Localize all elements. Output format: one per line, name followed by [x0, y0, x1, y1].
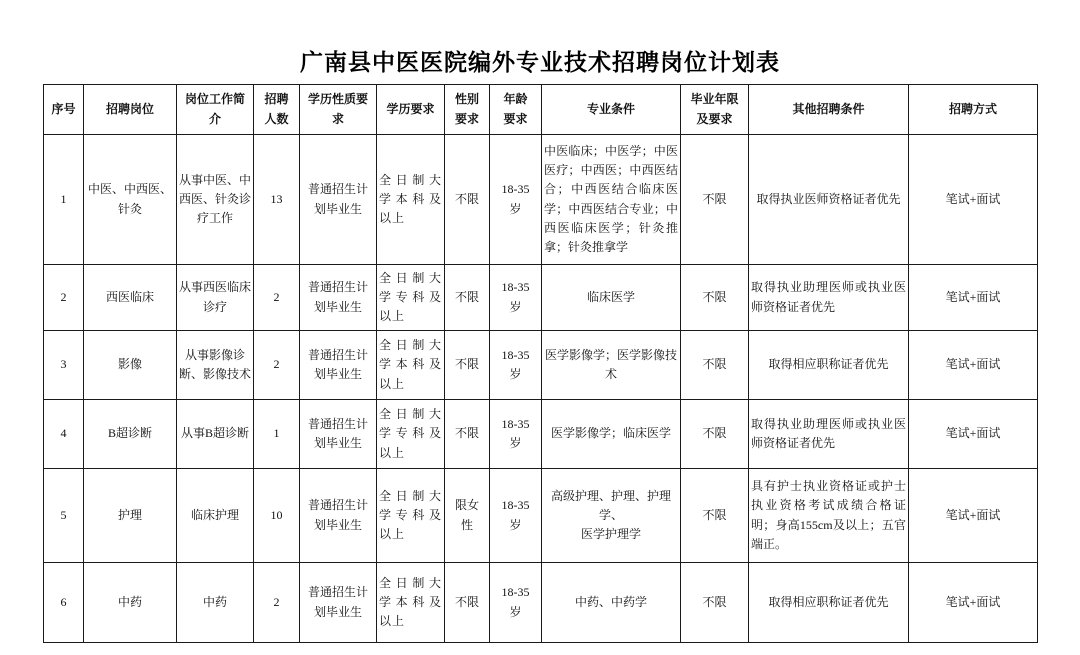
- col-header-no: 序号: [44, 85, 84, 135]
- table-row: 1 中医、中西医、针灸 从事中医、中西医、针灸诊疗工作 13 普通招生计 划毕业…: [44, 135, 1038, 265]
- cell-duty: 从事中医、中西医、针灸诊疗工作: [177, 135, 254, 265]
- recruitment-plan-table: 序号 招聘岗位 岗位工作简 介 招聘 人数 学历性质要 求 学历要求 性别 要求…: [43, 84, 1038, 643]
- cell-other-cond: 取得执业医师资格证者优先: [749, 135, 909, 265]
- cell-edu-nature: 普通招生计 划毕业生: [300, 400, 377, 469]
- cell-age: 18-35 岁: [490, 135, 542, 265]
- cell-post: 影像: [84, 331, 177, 400]
- cell-major: 高级护理、护理、护理学、 医学护理学: [542, 469, 681, 563]
- cell-method: 笔试+面试: [909, 331, 1038, 400]
- col-header-grad-limit: 毕业年限 及要求: [681, 85, 749, 135]
- cell-post: 西医临床: [84, 265, 177, 331]
- cell-headcount: 2: [254, 331, 300, 400]
- cell-duty: 中药: [177, 563, 254, 643]
- cell-gender: 不限: [445, 563, 490, 643]
- cell-method: 笔试+面试: [909, 400, 1038, 469]
- table-row: 3 影像 从事影像诊断、影像技术 2 普通招生计 划毕业生 全日制大学本科及以上…: [44, 331, 1038, 400]
- cell-duty: 从事影像诊断、影像技术: [177, 331, 254, 400]
- table-header-row: 序号 招聘岗位 岗位工作简 介 招聘 人数 学历性质要 求 学历要求 性别 要求…: [44, 85, 1038, 135]
- cell-post: 中药: [84, 563, 177, 643]
- cell-edu-nature: 普通招生计 划毕业生: [300, 135, 377, 265]
- table-row: 4 B超诊断 从事B超诊断 1 普通招生计 划毕业生 全日制大学专科及以上 不限…: [44, 400, 1038, 469]
- cell-edu-level: 全日制大学专科及以上: [377, 265, 445, 331]
- col-header-major: 专业条件: [542, 85, 681, 135]
- col-header-gender: 性别 要求: [445, 85, 490, 135]
- cell-headcount: 1: [254, 400, 300, 469]
- cell-seq-no: 1: [44, 135, 84, 265]
- cell-major: 临床医学: [542, 265, 681, 331]
- cell-age: 18-35 岁: [490, 563, 542, 643]
- table-row: 6 中药 中药 2 普通招生计 划毕业生 全日制大学本科及以上 不限 18-35…: [44, 563, 1038, 643]
- cell-gender: 不限: [445, 400, 490, 469]
- cell-headcount: 10: [254, 469, 300, 563]
- cell-age: 18-35 岁: [490, 265, 542, 331]
- cell-gender: 不限: [445, 331, 490, 400]
- cell-grad-limit: 不限: [681, 331, 749, 400]
- cell-gender: 限女 性: [445, 469, 490, 563]
- cell-other-cond: 取得相应职称证者优先: [749, 331, 909, 400]
- col-header-other-cond: 其他招聘条件: [749, 85, 909, 135]
- cell-other-cond: 具有护士执业资格证或护士执业资格考试成绩合格证明；身高155cm及以上；五官端正…: [749, 469, 909, 563]
- cell-edu-level: 全日制大学专科及以上: [377, 400, 445, 469]
- cell-gender: 不限: [445, 135, 490, 265]
- cell-major: 医学影像学；医学影像技术: [542, 331, 681, 400]
- cell-age: 18-35 岁: [490, 469, 542, 563]
- cell-major: 中医临床；中医学；中医医疗；中西医；中西医结合；中西医结合临床医学；中西医结合专…: [542, 135, 681, 265]
- col-header-duty: 岗位工作简 介: [177, 85, 254, 135]
- cell-post: 中医、中西医、针灸: [84, 135, 177, 265]
- cell-post: 护理: [84, 469, 177, 563]
- cell-edu-level: 全日制大学本科及以上: [377, 331, 445, 400]
- col-header-post: 招聘岗位: [84, 85, 177, 135]
- cell-other-cond: 取得执业助理医师或执业医师资格证者优先: [749, 400, 909, 469]
- col-header-method: 招聘方式: [909, 85, 1038, 135]
- cell-major: 中药、中药学: [542, 563, 681, 643]
- cell-method: 笔试+面试: [909, 265, 1038, 331]
- cell-edu-level: 全日制大学专科及以上: [377, 469, 445, 563]
- cell-edu-nature: 普通招生计 划毕业生: [300, 563, 377, 643]
- cell-headcount: 2: [254, 563, 300, 643]
- cell-age: 18-35 岁: [490, 331, 542, 400]
- table-row: 5 护理 临床护理 10 普通招生计 划毕业生 全日制大学专科及以上 限女 性 …: [44, 469, 1038, 563]
- cell-edu-nature: 普通招生计 划毕业生: [300, 331, 377, 400]
- cell-duty: 从事B超诊断: [177, 400, 254, 469]
- cell-headcount: 13: [254, 135, 300, 265]
- cell-method: 笔试+面试: [909, 563, 1038, 643]
- col-header-edu-level: 学历要求: [377, 85, 445, 135]
- table-row: 2 西医临床 从事西医临床诊疗 2 普通招生计 划毕业生 全日制大学专科及以上 …: [44, 265, 1038, 331]
- cell-edu-nature: 普通招生计 划毕业生: [300, 265, 377, 331]
- cell-headcount: 2: [254, 265, 300, 331]
- col-header-count: 招聘 人数: [254, 85, 300, 135]
- cell-seq-no: 5: [44, 469, 84, 563]
- cell-grad-limit: 不限: [681, 135, 749, 265]
- cell-seq-no: 3: [44, 331, 84, 400]
- cell-method: 笔试+面试: [909, 469, 1038, 563]
- cell-grad-limit: 不限: [681, 400, 749, 469]
- cell-seq-no: 4: [44, 400, 84, 469]
- cell-grad-limit: 不限: [681, 563, 749, 643]
- page-title: 广南县中医医院编外专业技术招聘岗位计划表: [0, 44, 1080, 77]
- cell-seq-no: 2: [44, 265, 84, 331]
- cell-grad-limit: 不限: [681, 265, 749, 331]
- cell-duty: 从事西医临床诊疗: [177, 265, 254, 331]
- col-header-age: 年龄 要求: [490, 85, 542, 135]
- cell-other-cond: 取得相应职称证者优先: [749, 563, 909, 643]
- cell-duty: 临床护理: [177, 469, 254, 563]
- cell-method: 笔试+面试: [909, 135, 1038, 265]
- cell-age: 18-35 岁: [490, 400, 542, 469]
- cell-edu-level: 全日制大学本科及以上: [377, 135, 445, 265]
- cell-edu-level: 全日制大学本科及以上: [377, 563, 445, 643]
- cell-grad-limit: 不限: [681, 469, 749, 563]
- cell-edu-nature: 普通招生计 划毕业生: [300, 469, 377, 563]
- cell-seq-no: 6: [44, 563, 84, 643]
- document-page: 广南县中医医院编外专业技术招聘岗位计划表 序号 招聘岗位 岗位工作简 介 招聘 …: [0, 44, 1080, 643]
- cell-major: 医学影像学；临床医学: [542, 400, 681, 469]
- cell-other-cond: 取得执业助理医师或执业医师资格证者优先: [749, 265, 909, 331]
- col-header-edu-nature: 学历性质要 求: [300, 85, 377, 135]
- cell-gender: 不限: [445, 265, 490, 331]
- cell-post: B超诊断: [84, 400, 177, 469]
